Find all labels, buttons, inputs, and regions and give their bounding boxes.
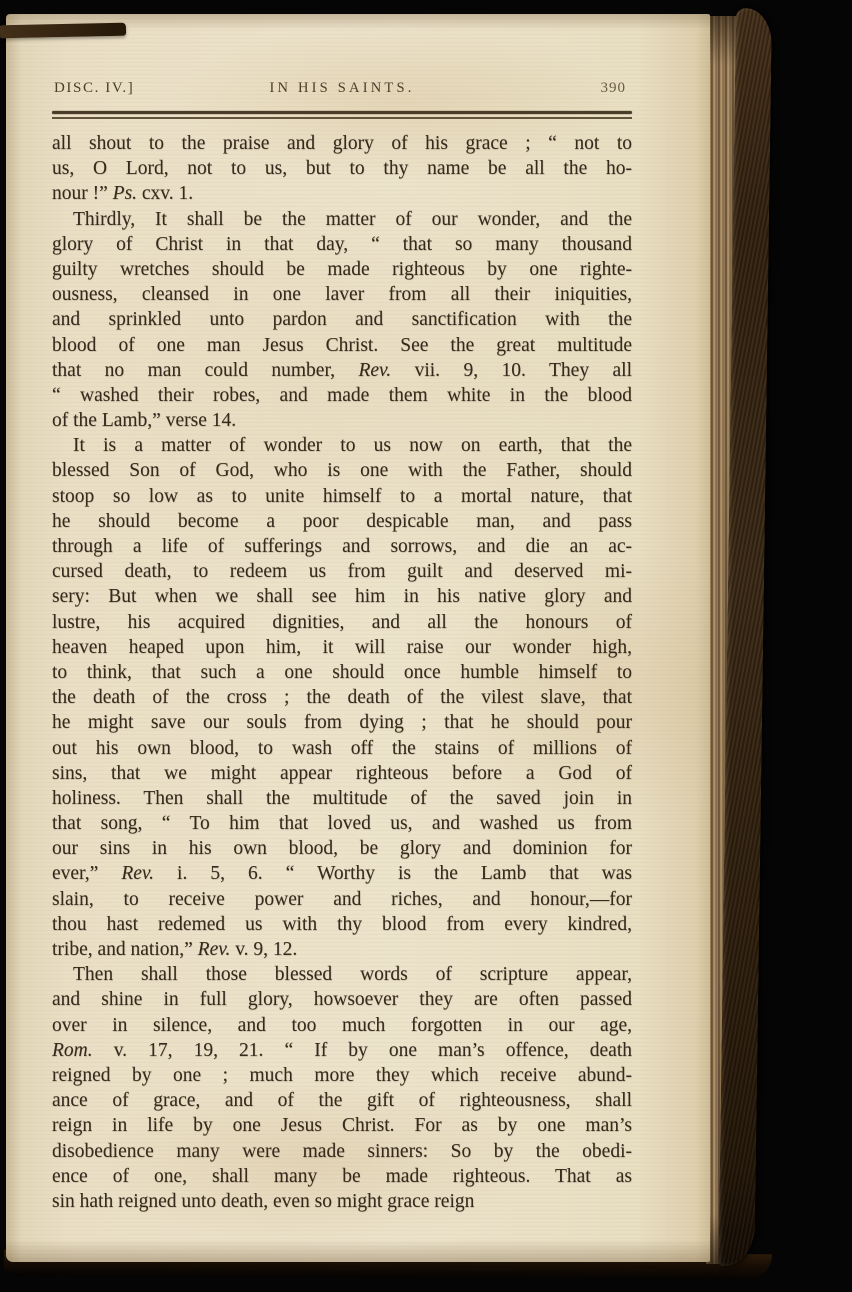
text-line: all shout to the praise and glory of his… [52,131,632,156]
page-content: DISC. IV.] IN HIS SAINTS. 390 all shout … [52,14,632,1262]
text-line: and sprinkled unto pardon and sanctifica… [52,307,632,332]
header-double-rule [52,111,632,119]
paragraph: Thirdly, It shall be the matter of our w… [52,207,632,434]
text-line: slain, to receive power and riches, and … [52,887,632,912]
text-line: Thirdly, It shall be the matter of our w… [52,207,632,232]
book-cover-top-sliver [0,23,126,39]
running-header-title: IN HIS SAINTS. [269,80,414,97]
text-line: reigned by one ; much more they which re… [52,1063,632,1088]
text-line: heaven heaped upon him, it will raise ou… [52,635,632,660]
page-number: 390 [601,80,627,97]
text-line: out his own blood, to wash off the stain… [52,736,632,761]
body-text: all shout to the praise and glory of his… [52,131,632,1214]
text-line: nour !” Ps. cxv. 1. [52,181,632,206]
text-line: glory of Christ in that day, “ that so m… [52,232,632,257]
text-line: ever,” Rev. i. 5, 6. “ Worthy is the Lam… [52,861,632,886]
text-line: “ washed their robes, and made them whit… [52,383,632,408]
text-line: blood of one man Jesus Christ. See the g… [52,333,632,358]
text-line: our sins in his own blood, be glory and … [52,836,632,861]
text-line: holiness. Then shall the multitude of th… [52,786,632,811]
text-line: over in silence, and too much forgotten … [52,1013,632,1038]
text-line: that no man could number, Rev. vii. 9, 1… [52,358,632,383]
text-line: stoop so low as to unite himself to a mo… [52,484,632,509]
text-line: to think, that such a one should once hu… [52,660,632,685]
running-header: DISC. IV.] IN HIS SAINTS. 390 [52,80,632,100]
book-page: DISC. IV.] IN HIS SAINTS. 390 all shout … [6,14,710,1262]
text-line: the death of the cross ; the death of th… [52,685,632,710]
text-line: ence of one, shall many be made righteou… [52,1164,632,1189]
text-line: he should become a poor despicable man, … [52,509,632,534]
paragraph: It is a matter of wonder to us now on ea… [52,433,632,962]
text-line: disobedience many were made sinners: So … [52,1139,632,1164]
rule-thick-line [52,111,632,114]
text-line: tribe, and nation,” Rev. v. 9, 12. [52,937,632,962]
text-line: sin hath reigned unto death, even so mig… [52,1189,632,1214]
text-line: of the Lamb,” verse 14. [52,408,632,433]
text-line: thou hast redemed us with thy blood from… [52,912,632,937]
running-header-discourse-label: DISC. IV.] [54,80,134,97]
text-line: sins, that we might appear righteous bef… [52,761,632,786]
text-line: and shine in full glory, howsoever they … [52,987,632,1012]
text-line: Then shall those blessed words of script… [52,962,632,987]
text-line: us, O Lord, not to us, but to thy name b… [52,156,632,181]
text-line: guilty wretches should be made righteous… [52,257,632,282]
book-scan-photo: { "page": { "header": { "left": "DISC. I… [0,0,852,1292]
text-line: Rom. v. 17, 19, 21. “ If by one man’s of… [52,1038,632,1063]
text-line: ousness, cleansed in one laver from all … [52,282,632,307]
text-line: through a life of sufferings and sorrows… [52,534,632,559]
text-line: he might save our souls from dying ; tha… [52,710,632,735]
text-line: cursed death, to redeem us from guilt an… [52,559,632,584]
text-line: ance of grace, and of the gift of righte… [52,1088,632,1113]
paragraph: Then shall those blessed words of script… [52,962,632,1214]
text-line: sery: But when we shall see him in his n… [52,584,632,609]
text-line: blessed Son of God, who is one with the … [52,458,632,483]
text-line: that song, “ To him that loved us, and w… [52,811,632,836]
rule-thin-line [52,117,632,118]
text-line: It is a matter of wonder to us now on ea… [52,433,632,458]
paragraph: all shout to the praise and glory of his… [52,131,632,207]
text-line: lustre, his acquired dignities, and all … [52,610,632,635]
text-line: reign in life by one Jesus Christ. For a… [52,1113,632,1138]
